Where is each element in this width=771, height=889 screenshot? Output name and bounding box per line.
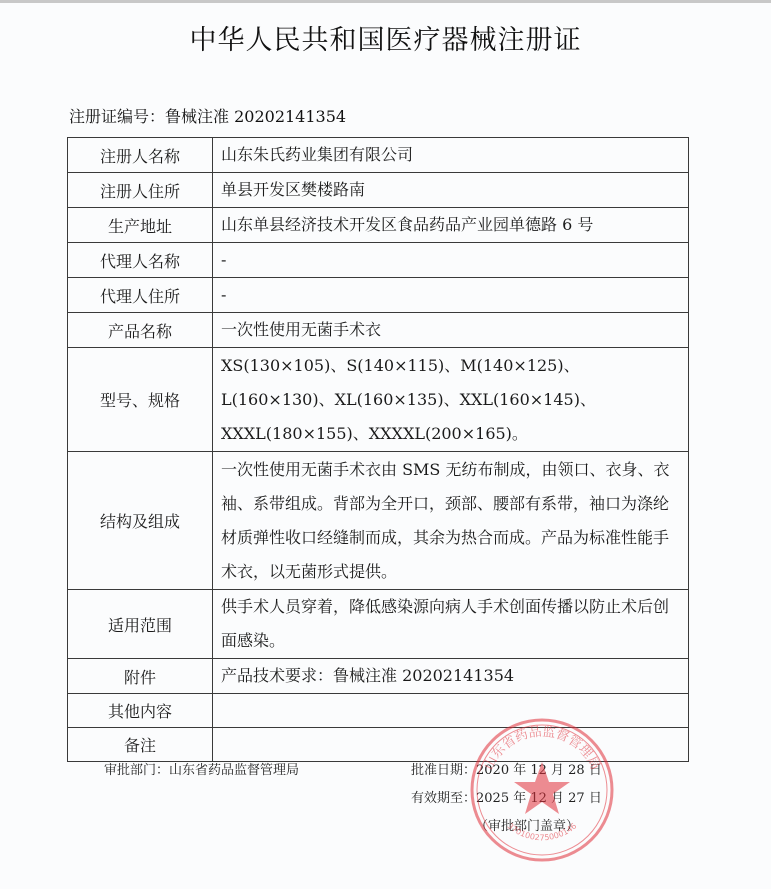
- table-row: 代理人住所 -: [68, 278, 689, 313]
- table-row: 生产地址 山东单县经济技术开发区食品药品产业园单德路 6 号: [68, 208, 689, 243]
- table-row: 结构及组成 一次性使用无菌手术衣由 SMS 无纺布制成，由领口、衣身、衣袖、系带…: [68, 452, 689, 590]
- row-value: 一次性使用无菌手术衣: [213, 313, 689, 348]
- row-value: [213, 728, 689, 762]
- document-title: 中华人民共和国医疗器械注册证: [0, 18, 771, 57]
- table-row: 附件 产品技术要求：鲁械注准 20202141354: [68, 659, 689, 694]
- row-value: 产品技术要求：鲁械注准 20202141354: [213, 659, 689, 694]
- row-value: [213, 694, 689, 728]
- table-row: 代理人名称 -: [68, 243, 689, 278]
- row-label: 结构及组成: [68, 452, 213, 590]
- row-label: 型号、规格: [68, 348, 213, 452]
- registration-number: 鲁械注准 20202141354: [165, 107, 346, 126]
- row-label: 适用范围: [68, 590, 213, 659]
- row-label: 产品名称: [68, 313, 213, 348]
- row-label: 注册人名称: [68, 138, 213, 173]
- table-row: 注册人住所 单县开发区樊楼路南: [68, 173, 689, 208]
- page-top-edge: [0, 0, 771, 3]
- table-row: 其他内容: [68, 694, 689, 728]
- certificate-table: 注册人名称 山东朱氏药业集团有限公司 注册人住所 单县开发区樊楼路南 生产地址 …: [67, 137, 689, 762]
- approval-department: 审批部门：山东省药品监督管理局: [104, 759, 299, 778]
- row-label: 注册人住所: [68, 173, 213, 208]
- row-label: 代理人住所: [68, 278, 213, 313]
- row-value: 山东单县经济技术开发区食品药品产业园单德路 6 号: [213, 208, 689, 243]
- row-value: 山东朱氏药业集团有限公司: [213, 138, 689, 173]
- row-label: 代理人名称: [68, 243, 213, 278]
- row-value: 单县开发区樊楼路南: [213, 173, 689, 208]
- registration-number-line: 注册证编号：鲁械注准 20202141354: [69, 104, 346, 127]
- valid-until-date: 有效期至：2025 年 12 月 27 日: [411, 787, 602, 806]
- row-label: 附件: [68, 659, 213, 694]
- table-row: 产品名称 一次性使用无菌手术衣: [68, 313, 689, 348]
- table-row: 注册人名称 山东朱氏药业集团有限公司: [68, 138, 689, 173]
- row-value: 一次性使用无菌手术衣由 SMS 无纺布制成，由领口、衣身、衣袖、系带组成。背部为…: [213, 452, 689, 590]
- row-label: 备注: [68, 728, 213, 762]
- row-value: 供手术人员穿着，降低感染源向病人手术创面传播以防止术后创面感染。: [213, 590, 689, 659]
- row-value: -: [213, 278, 689, 313]
- seal-note: （审批部门盖章）: [475, 815, 579, 834]
- row-value: -: [213, 243, 689, 278]
- row-label: 生产地址: [68, 208, 213, 243]
- approval-date: 批准日期：2020 年 12 月 28 日: [411, 759, 602, 778]
- table-row: 型号、规格 XS(130×105)、S(140×115)、M(140×125)、…: [68, 348, 689, 452]
- row-value: XS(130×105)、S(140×115)、M(140×125)、L(160×…: [213, 348, 689, 452]
- table-row: 备注: [68, 728, 689, 762]
- row-label: 其他内容: [68, 694, 213, 728]
- registration-number-label: 注册证编号：: [69, 107, 165, 126]
- table-row: 适用范围 供手术人员穿着，降低感染源向病人手术创面传播以防止术后创面感染。: [68, 590, 689, 659]
